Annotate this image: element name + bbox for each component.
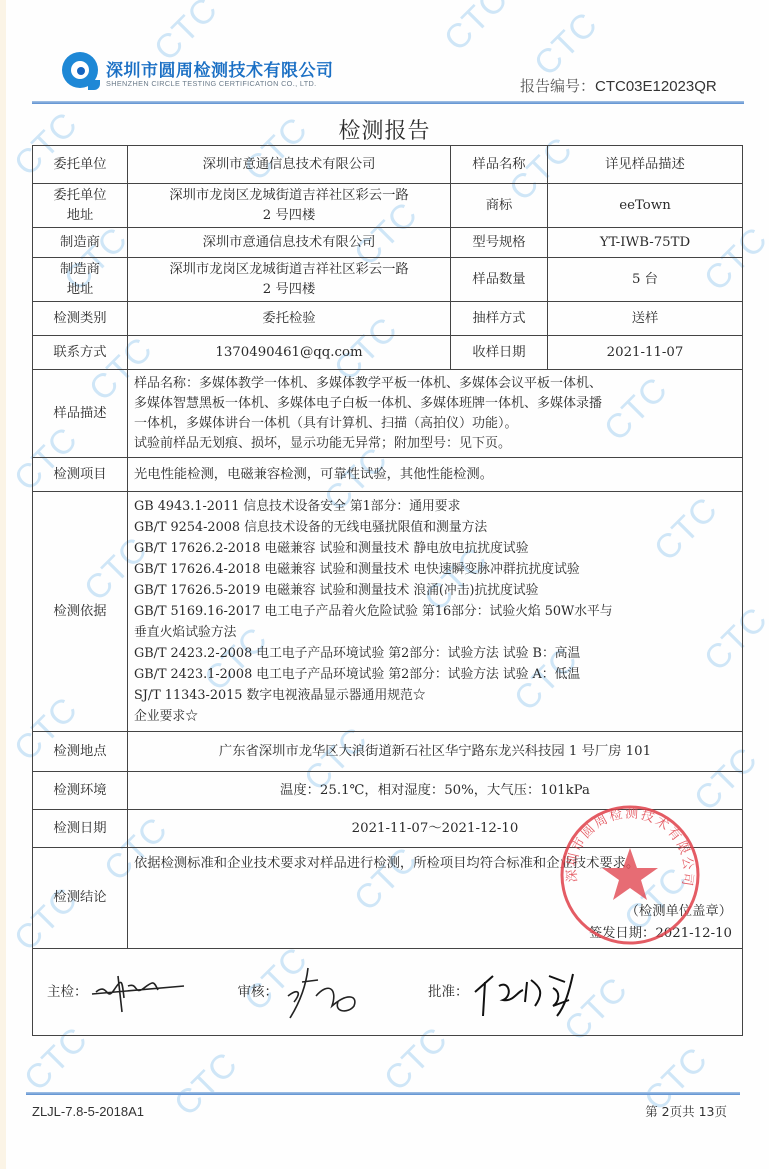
company-name-en: SHENZHEN CIRCLE TESTING CERTIFICATION CO… [106,79,317,88]
value-test-date: 2021-11-07～2021-12-10 [128,810,743,848]
label-line: 委托单位 [39,186,121,206]
standard-line: GB/T 17626.2-2018 电磁兼容 试验和测量技术 静电放电抗扰度试验 [134,538,736,559]
address-line: 深圳市龙岗区龙城街道吉祥社区彩云一路 [134,260,444,280]
label-contact: 联系方式 [33,336,128,370]
label-client: 委托单位 [33,146,128,184]
page-number: 第 2页共 13页 [645,1102,727,1120]
value-client-address: 深圳市龙岗区龙城街道吉祥社区彩云一路 2 号四楼 [128,184,451,228]
logo-tail [88,80,100,90]
inspector-signature: 主检： [47,962,198,1022]
document-title: 检测报告 [0,114,769,145]
approver-label: 批准： [428,982,469,1002]
value-manufacturer: 深圳市意通信息技术有限公司 [128,228,451,258]
value-sampling-method: 送样 [548,302,743,336]
value-conclusion: 依据检测标准和企业技术要求对样品进行检测，所检项目均符合标准和企业技术要求。 （… [128,848,743,949]
issue-date: 签发日期：2021-12-10 [589,924,732,944]
label-manufacturer-address: 制造商 地址 [33,258,128,302]
table-row-manufacturer: 制造商 深圳市意通信息技术有限公司 型号规格 YT-IWB-75TD [33,228,743,258]
handwritten-signature-icon [88,962,198,1022]
standard-line: GB/T 17626.4-2018 电磁兼容 试验和测量技术 电快速瞬变脉冲群抗… [134,559,736,580]
value-trademark: eeTown [548,184,743,228]
label-sample-description: 样品描述 [33,370,128,458]
page-edge [0,0,6,1169]
label-model: 型号规格 [451,228,548,258]
table-row-signatures: 主检： 审核： 批准： [33,949,743,1036]
inspector-label: 主检： [47,982,88,1002]
label-sample-name: 样品名称 [451,146,548,184]
table-row-test-date: 检测日期 2021-11-07～2021-12-10 [33,810,743,848]
label-sample-quantity: 样品数量 [451,258,548,302]
report-table: 委托单位 深圳市意通信息技术有限公司 样品名称 详见样品描述 委托单位 地址 深… [32,145,743,1036]
label-test-items: 检测项目 [33,458,128,492]
table-row-test-location: 检测地点 广东省深圳市龙华区大浪街道新石社区华宁路东龙兴科技园 1 号厂房 10… [33,732,743,772]
value-test-type: 委托检验 [128,302,451,336]
report-number: 报告编号：CTC03E12023QR [520,75,717,96]
address-line: 2 号四楼 [134,280,444,300]
value-manufacturer-address: 深圳市龙岗区龙城街道吉祥社区彩云一路 2 号四楼 [128,258,451,302]
company-name-cn: 深圳市圆周检测技术有限公司 [106,56,334,81]
table-row-test-type: 检测类别 委托检验 抽样方式 送样 [33,302,743,336]
label-receipt-date: 收样日期 [451,336,548,370]
value-test-basis: GB 4943.1-2011 信息技术设备安全 第1部分：通用要求 GB/T 9… [128,492,743,732]
address-line: 2 号四楼 [134,206,444,226]
header-divider [32,101,744,104]
standard-line: GB 4943.1-2011 信息技术设备安全 第1部分：通用要求 [134,496,736,517]
value-test-items: 光电性能检测，电磁兼容检测，可靠性试验，其他性能检测。 [128,458,743,492]
label-conclusion: 检测结论 [33,848,128,949]
form-code: ZLJL-7.8-5-2018A1 [32,1104,144,1119]
description-line: 样品名称：多媒体教学一体机、多媒体教学平板一体机、多媒体会议平板一体机、 [134,374,736,394]
watermark: CTC [167,1045,246,1124]
value-sample-name: 详见样品描述 [548,146,743,184]
value-receipt-date: 2021-11-07 [548,336,743,370]
standard-line: SJ/T 11343-2015 数字电视液晶显示器通用规范☆ [134,685,736,706]
standard-line: GB/T 2423.2-2008 电工电子产品环境试验 第2部分：试验方法 试验… [134,643,736,664]
description-line: 一体机，多媒体讲台一体机（具有计算机、扫描（高拍仪）功能）。 [134,414,736,434]
value-model: YT-IWB-75TD [548,228,743,258]
value-test-location: 广东省深圳市龙华区大浪街道新石社区华宁路东龙兴科技园 1 号厂房 101 [128,732,743,772]
handwritten-signature-icon [469,962,589,1022]
table-row-manufacturer-address: 制造商 地址 深圳市龙岗区龙城街道吉祥社区彩云一路 2 号四楼 样品数量 5 台 [33,258,743,302]
reviewer-label: 审核： [238,982,279,1002]
label-line: 制造商 [39,260,121,280]
value-test-environment: 温度：25.1℃，相对湿度：50%，大气压：101kPa [128,772,743,810]
standard-line: GB/T 9254-2008 信息技术设备的无线电骚扰限值和测量方法 [134,517,736,538]
table-row-contact: 联系方式 1370490461@qq.com 收样日期 2021-11-07 [33,336,743,370]
label-line: 地址 [39,280,121,300]
label-sampling-method: 抽样方式 [451,302,548,336]
value-client: 深圳市意通信息技术有限公司 [128,146,451,184]
label-trademark: 商标 [451,184,548,228]
table-row-test-items: 检测项目 光电性能检测，电磁兼容检测，可靠性试验，其他性能检测。 [33,458,743,492]
table-row-client: 委托单位 深圳市意通信息技术有限公司 样品名称 详见样品描述 [33,146,743,184]
label-test-location: 检测地点 [33,732,128,772]
label-test-type: 检测类别 [33,302,128,336]
table-row-test-basis: 检测依据 GB 4943.1-2011 信息技术设备安全 第1部分：通用要求 G… [33,492,743,732]
value-sample-quantity: 5 台 [548,258,743,302]
table-row-conclusion: 检测结论 依据检测标准和企业技术要求对样品进行检测，所检项目均符合标准和企业技术… [33,848,743,949]
label-test-date: 检测日期 [33,810,128,848]
conclusion-text: 依据检测标准和企业技术要求对样品进行检测，所检项目均符合标准和企业技术要求。 [134,854,734,874]
standard-line: GB/T 2423.1-2008 电工电子产品环境试验 第2部分：试验方法 试验… [134,664,736,685]
value-contact: 1370490461@qq.com [128,336,451,370]
handwritten-signature-icon [278,962,388,1022]
table-row-client-address: 委托单位 地址 深圳市龙岗区龙城街道吉祥社区彩云一路 2 号四楼 商标 eeTo… [33,184,743,228]
label-test-environment: 检测环境 [33,772,128,810]
reviewer-signature: 审核： [238,962,389,1022]
signature-cell: 主检： 审核： 批准： [33,949,743,1036]
value-sample-description: 样品名称：多媒体教学一体机、多媒体教学平板一体机、多媒体会议平板一体机、 多媒体… [128,370,743,458]
standard-line: 垂直火焰试验方法 [134,622,736,643]
label-manufacturer: 制造商 [33,228,128,258]
report-number-label: 报告编号： [520,77,595,95]
table-row-test-environment: 检测环境 温度：25.1℃，相对湿度：50%，大气压：101kPa [33,772,743,810]
description-line: 试验前样品无划痕、损坏，显示功能无异常；附加型号：见下页。 [134,434,736,454]
label-client-address: 委托单位 地址 [33,184,128,228]
standard-line: GB/T 17626.5-2019 电磁兼容 试验和测量技术 浪涌(冲击)抗扰度… [134,580,736,601]
report-number-value: CTC03E12023QR [595,78,717,95]
standard-line: 企业要求☆ [134,706,736,727]
standard-line: GB/T 5169.16-2017 电工电子产品着火危险试验 第16部分：试验火… [134,601,736,622]
label-line: 地址 [39,206,121,226]
address-line: 深圳市龙岗区龙城街道吉祥社区彩云一路 [134,186,444,206]
description-line: 多媒体智慧黑板一体机、多媒体电子白板一体机、多媒体班牌一体机、多媒体录播 [134,394,736,414]
seal-note: （检测单位盖章） [626,902,732,922]
footer-divider [26,1092,740,1095]
approver-signature: 批准： [428,962,589,1022]
report-header: 深圳市圆周检测技术有限公司 SHENZHEN CIRCLE TESTING CE… [0,0,769,110]
label-test-basis: 检测依据 [33,492,128,732]
table-row-sample-description: 样品描述 样品名称：多媒体教学一体机、多媒体教学平板一体机、多媒体会议平板一体机… [33,370,743,458]
